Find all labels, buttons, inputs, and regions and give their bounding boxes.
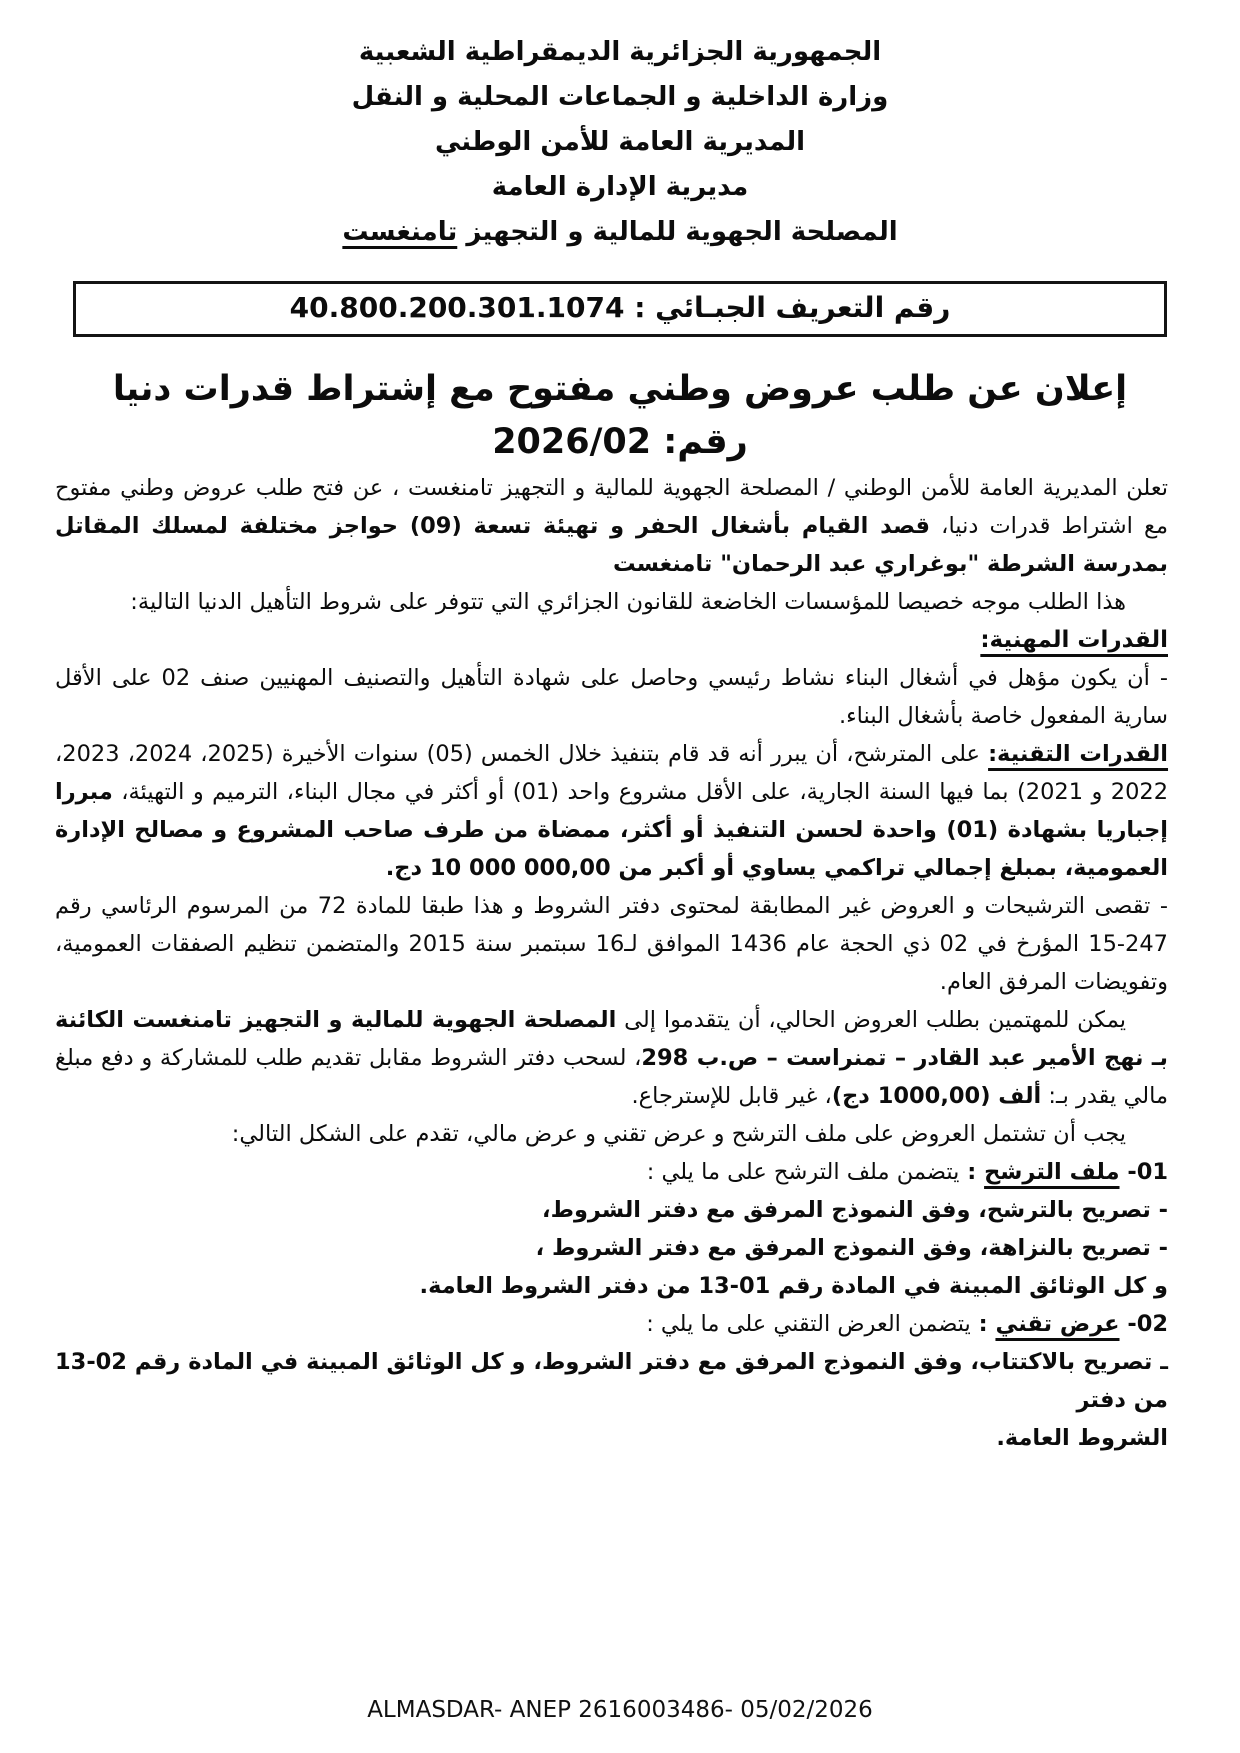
anep-footer: ALMASDAR- ANEP 2616003486- 05/02/2026	[0, 1697, 1240, 1723]
bullet-candidacy-declaration: - تصريح بالترشح، وفق النموذج المرفق مع د…	[55, 1191, 1168, 1229]
heading-professional-capacities: القدرات المهنية:	[55, 621, 1168, 659]
notice-title-line2: رقم: 2026/02	[0, 416, 1240, 469]
withdrawal-fee-bold: ألف (1000,00 دج)	[832, 1083, 1041, 1109]
header-line-service: المصلحة الجهوية للمالية و التجهيز تامنغس…	[0, 210, 1240, 255]
withdrawal-text-3: ، غير قابل للإسترجاع.	[632, 1083, 832, 1109]
heading-candidacy-file: 01- ملف الترشح : يتضمن ملف الترشح على ما…	[55, 1153, 1168, 1191]
technical-offer-intro: يتضمن العرض التقني على ما يلي :	[646, 1311, 971, 1337]
notice-title: إعلان عن طلب عروض وطني مفتوح مع إشتراط ق…	[0, 363, 1240, 469]
paragraph-professional-requirement: - أن يكون مؤهل في أشغال البناء نشاط رئيس…	[55, 659, 1168, 735]
technical-offer-title: عرض تقني	[995, 1311, 1119, 1337]
heading-professional-capacities-text: القدرات المهنية:	[980, 627, 1168, 653]
paragraph-eligibility: هذا الطلب موجه خصيصا للمؤسسات الخاضعة لل…	[55, 583, 1168, 621]
header-service-text: المصلحة الجهوية للمالية و التجهيز	[457, 217, 897, 247]
heading-technical-offer: 02- عرض تقني : يتضمن العرض التقني على ما…	[55, 1305, 1168, 1343]
header-service-city: تامنغست	[342, 217, 457, 247]
candidacy-file-number: 01-	[1120, 1159, 1168, 1185]
paragraph-offers-structure: يجب أن تشتمل العروض على ملف الترشح و عرض…	[55, 1115, 1168, 1153]
paragraph-announcement: تعلن المديرية العامة للأمن الوطني / المص…	[55, 469, 1168, 583]
tax-id-text: رقم التعريف الجبـائي : 40.800.200.301.10…	[290, 291, 951, 324]
technical-offer-number: 02-	[1120, 1311, 1168, 1337]
document-page: الجمهورية الجزائرية الديمقراطية الشعبية …	[0, 0, 1240, 1753]
tax-id-box: رقم التعريف الجبـائي : 40.800.200.301.10…	[73, 281, 1167, 337]
heading-technical-capacities-text: القدرات التقنية:	[988, 741, 1168, 767]
paragraph-technical-capacities: القدرات التقنية: على المترشح، أن يبرر أن…	[55, 735, 1168, 887]
header-line-administration: مديرية الإدارة العامة	[0, 165, 1240, 210]
bullet-article-13-01-documents: و كل الوثائق المبينة في المادة رقم 01-13…	[55, 1267, 1168, 1305]
paragraph-rejection-clause: - تقصى الترشيحات و العروض غير المطابقة ل…	[55, 887, 1168, 1001]
bullet-subscription-declaration-line1: ـ تصريح بالاكتتاب، وفق النموذج المرفق مع…	[55, 1343, 1168, 1419]
technical-offer-separator: :	[971, 1311, 996, 1337]
bullet-integrity-declaration: - تصريح بالنزاهة، وفق النموذج المرفق مع …	[55, 1229, 1168, 1267]
candidacy-file-intro: يتضمن ملف الترشح على ما يلي :	[647, 1159, 960, 1185]
anep-reference-text: ALMASDAR- ANEP 2616003486- 05/02/2026	[367, 1697, 873, 1723]
candidacy-file-title: ملف الترشح	[984, 1159, 1119, 1185]
notice-title-line1: إعلان عن طلب عروض وطني مفتوح مع إشتراط ق…	[0, 363, 1240, 416]
candidacy-file-separator: :	[959, 1159, 984, 1185]
paragraph-withdrawal: يمكن للمهتمين بطلب العروض الحالي، أن يتق…	[55, 1001, 1168, 1115]
document-body: تعلن المديرية العامة للأمن الوطني / المص…	[0, 469, 1240, 1457]
document-header: الجمهورية الجزائرية الديمقراطية الشعبية …	[0, 0, 1240, 255]
bullet-subscription-declaration-line2: الشروط العامة.	[55, 1419, 1168, 1457]
withdrawal-text-1: يمكن للمهتمين بطلب العروض الحالي، أن يتق…	[616, 1007, 1126, 1033]
header-line-directorate: المديرية العامة للأمن الوطني	[0, 120, 1240, 165]
header-line-republic: الجمهورية الجزائرية الديمقراطية الشعبية	[0, 30, 1240, 75]
header-line-ministry: وزارة الداخلية و الجماعات المحلية و النق…	[0, 75, 1240, 120]
